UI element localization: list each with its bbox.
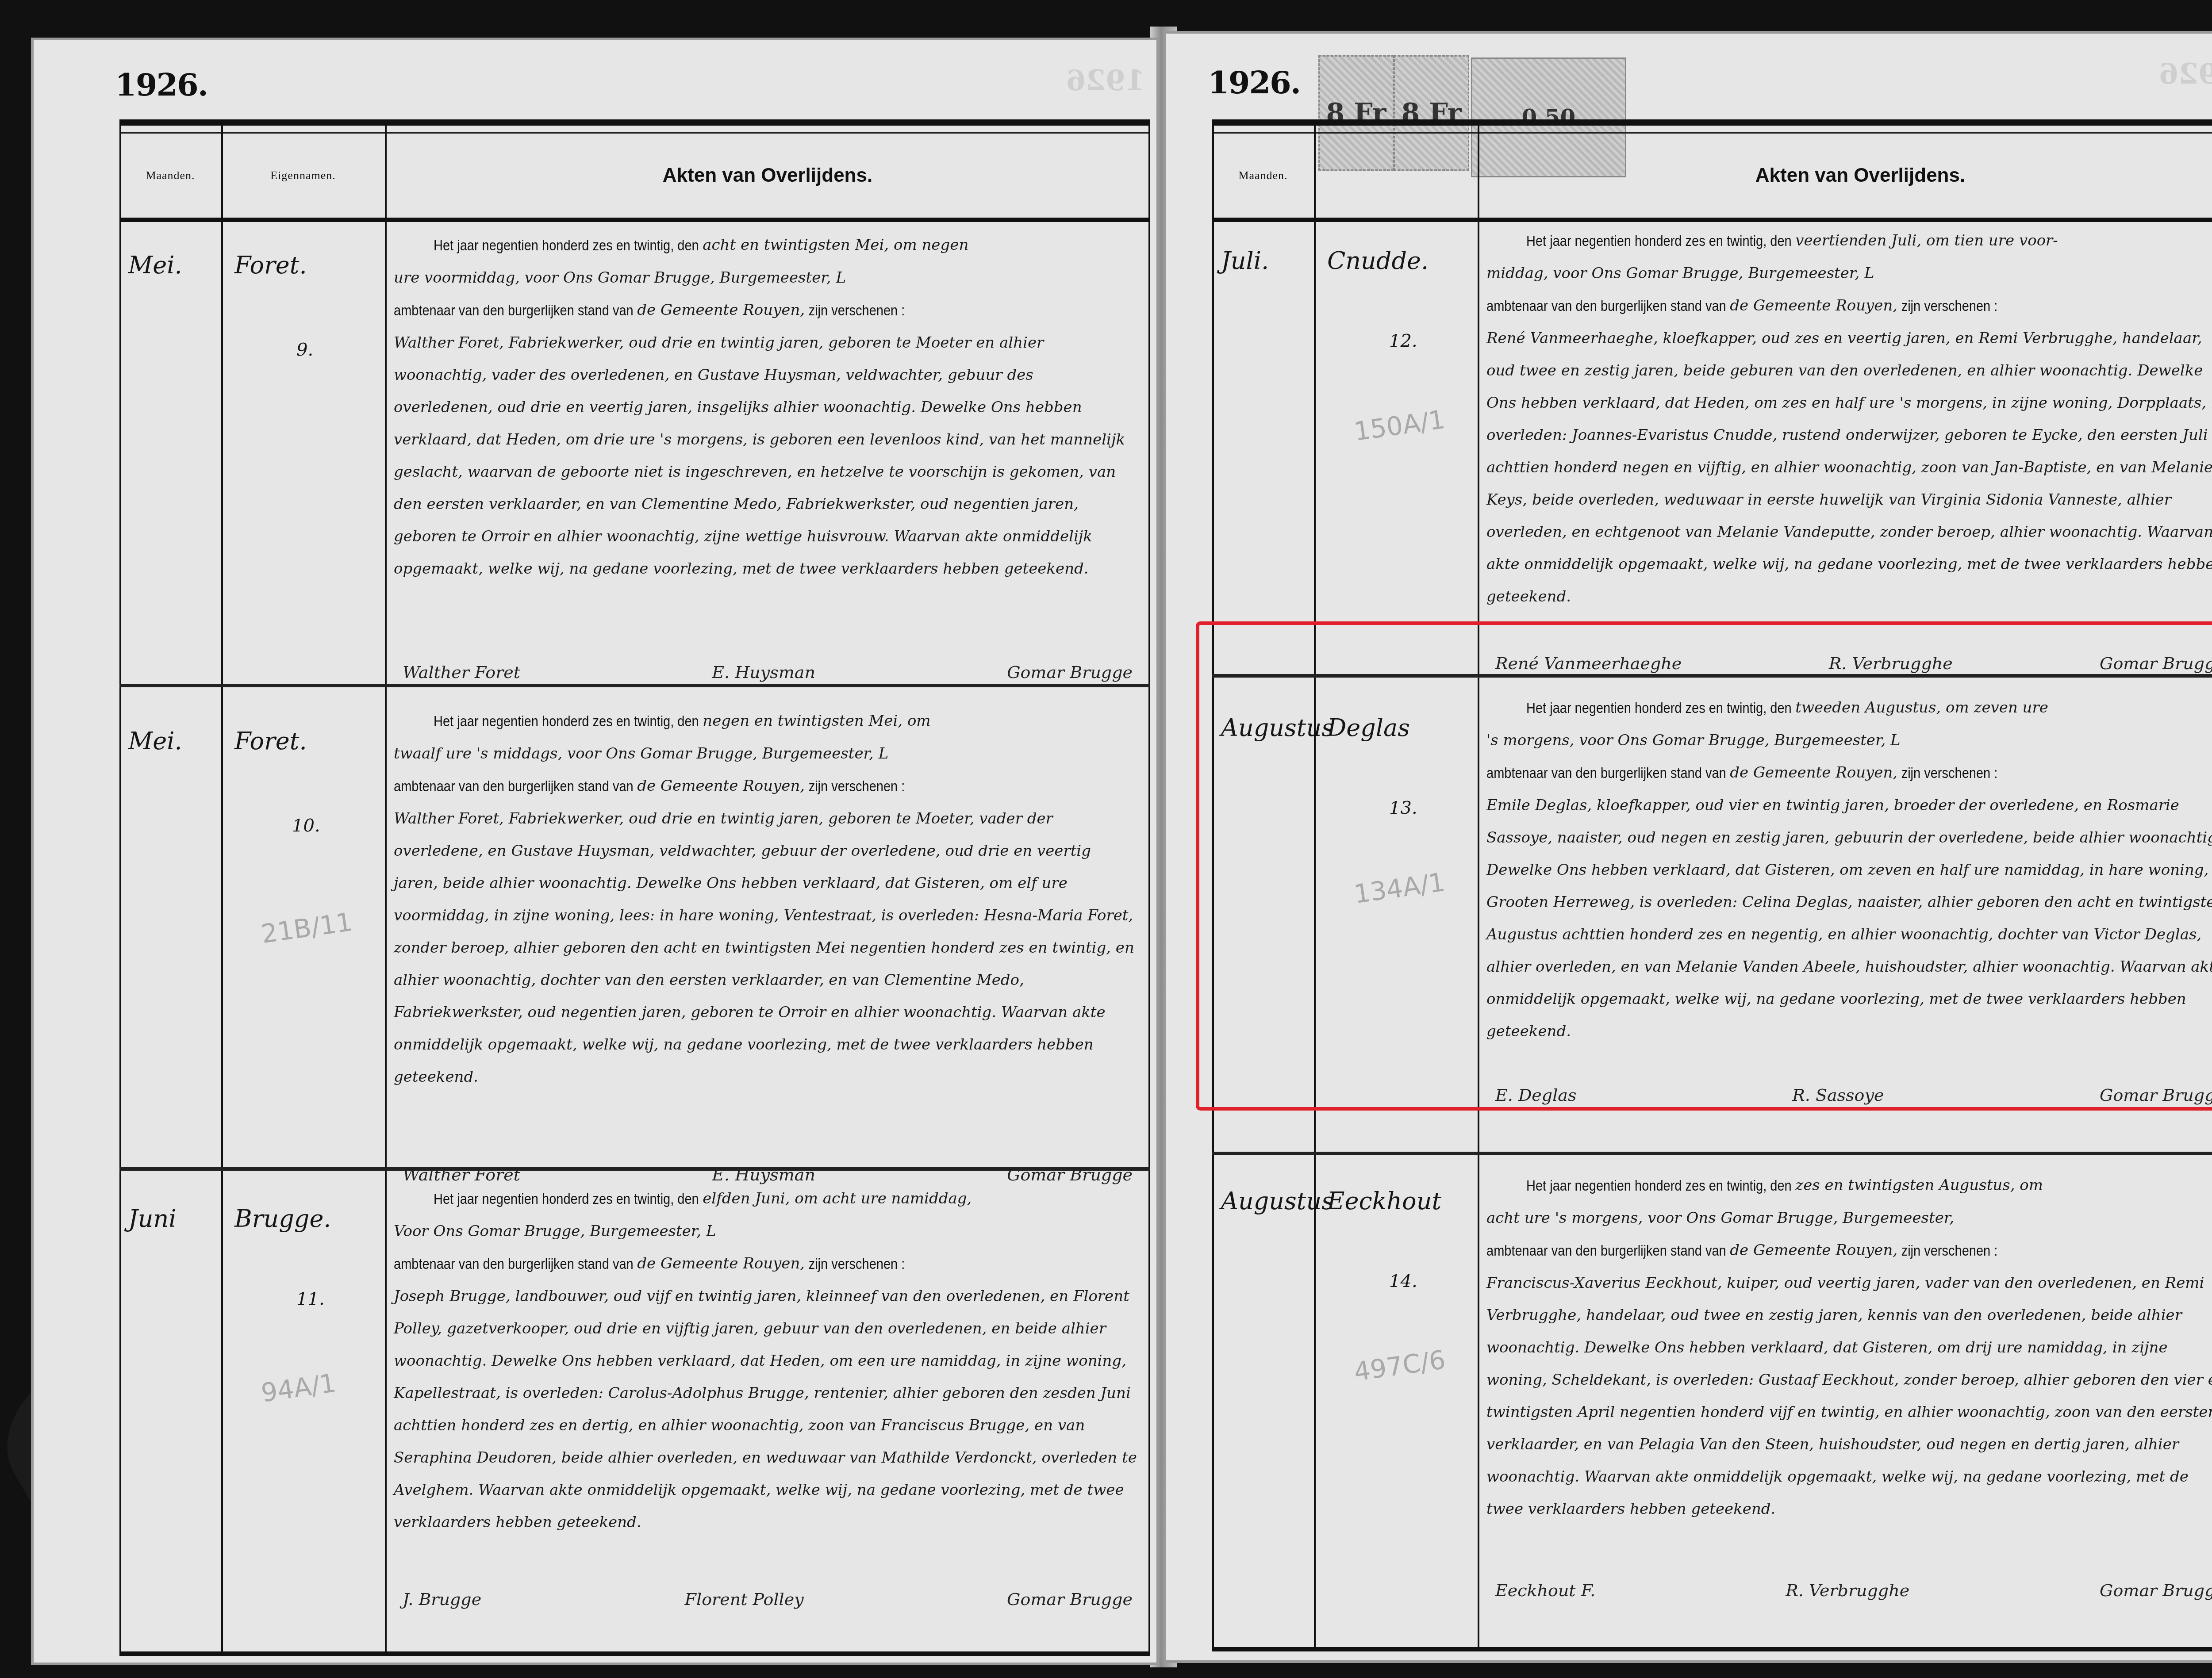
record-surname: Eeckhout (1327, 1187, 1441, 1215)
signature-mayor: Gomar Brugge (2100, 1581, 2212, 1600)
record-date: veertienden Juli, om tien ure voor- (1795, 232, 2058, 249)
record-municipality: de Gemeente Rouyen, (637, 1255, 805, 1272)
printed-officer: ambtenaar van den burgerlijken stand van (1486, 1233, 1726, 1270)
table-header: Maanden. Eigennamen. Akten van Overlijde… (119, 132, 1150, 222)
record-surname: Foret. (234, 251, 307, 279)
printed-officer: ambtenaar van den burgerlijken stand van (394, 293, 634, 329)
printed-officer: ambtenaar van den burgerlijken stand van (394, 1246, 634, 1283)
left-page: 1926. 1926 Maanden. Eigennamen. Akten va… (31, 38, 1159, 1665)
printed-intro: Het jaar negentien honderd zes en twinti… (1526, 223, 1792, 260)
record-officer: Voor Ons Gomar Brugge, Burgemeester, L (394, 1222, 716, 1240)
signature-declarant-1: Eeckhout F. (1495, 1581, 1595, 1600)
printed-appeared: zijn verschenen : (809, 1246, 905, 1283)
printed-intro: Het jaar negentien honderd zes en twinti… (434, 1181, 699, 1218)
record-text: Het jaar negentien honderd zes en twinti… (394, 705, 1137, 1093)
record-signatures: Eeckhout F. R. Verbrugghe Gomar Brugge (1495, 1581, 2212, 1600)
record-body: Joseph Brugge, landbouwer, oud vijf en t… (394, 1287, 1137, 1531)
printed-appeared: zijn verschenen : (1901, 288, 1998, 325)
record-body: Walther Foret, Fabriekwerker, oud drie e… (394, 334, 1125, 578)
record-surname: Brugge. (234, 1205, 331, 1233)
death-record-9: Mei. Foret. 9. Het jaar negentien honder… (119, 220, 1150, 716)
signature-mayor: Gomar Brugge (1007, 663, 1133, 682)
record-municipality: de Gemeente Rouyen, (637, 777, 805, 795)
margin-annotation: 150A/1 (1352, 404, 1447, 447)
table-header: Maanden. Akten van Overlijdens. (1212, 132, 2212, 222)
printed-intro: Het jaar negentien honderd zes en twinti… (434, 704, 699, 740)
record-text: Het jaar negentien honderd zes en twinti… (1486, 1169, 2212, 1525)
signature-declarant-2: E. Huysman (712, 663, 815, 682)
record-date: elfden Juni, om acht ure namiddag, (703, 1190, 972, 1207)
record-municipality: de Gemeente Rouyen, (1730, 1241, 1897, 1259)
record-month: Augustus (1221, 1187, 1334, 1215)
printed-appeared: zijn verschenen : (809, 769, 905, 805)
bleed-through-year: 1926 (1066, 64, 1145, 97)
printed-officer: ambtenaar van den burgerlijken stand van (1486, 288, 1726, 325)
record-act-number: 11. (296, 1289, 325, 1309)
record-signatures: Walther Foret E. Huysman Gomar Brugge (403, 663, 1133, 682)
signature-declarant-1: Walther Foret (403, 663, 520, 682)
death-record-10: Mei. Foret. 10. 21B/11 Het jaar negentie… (119, 696, 1150, 1183)
printed-appeared: zijn verschenen : (809, 293, 905, 329)
record-separator (119, 1167, 1150, 1171)
record-surname: Foret. (234, 727, 307, 755)
page-year: 1926. (1208, 64, 1300, 101)
record-act-number: 10. (292, 816, 320, 836)
record-municipality: de Gemeente Rouyen, (1730, 297, 1897, 314)
signature-mayor: Gomar Brugge (1007, 1590, 1133, 1609)
page-year: 1926. (115, 66, 207, 103)
record-separator (119, 684, 1150, 687)
record-month: Mei. (128, 251, 182, 279)
record-date: zes en twintigsten Augustus, om (1795, 1176, 2043, 1194)
record-text: Het jaar negentien honderd zes en twinti… (1486, 225, 2212, 613)
header-acts: Akten van Overlijdens. (385, 134, 1150, 218)
death-record-11: Juni Brugge. 11. 94A/1 Het jaar negentie… (119, 1178, 1150, 1647)
signature-declarant-2: Florent Polley (685, 1590, 804, 1609)
record-body: Walther Foret, Fabriekwerker, oud drie e… (394, 810, 1134, 1086)
record-surname: Cnudde. (1327, 247, 1429, 275)
header-months: Maanden. (119, 134, 221, 218)
signature-declarant-1: J. Brugge (403, 1590, 481, 1609)
record-act-number: 12. (1389, 331, 1417, 351)
header-acts: Akten van Overlijdens. (1478, 134, 2212, 218)
register-table-left: Maanden. Eigennamen. Akten van Overlijde… (119, 119, 1150, 1656)
record-municipality: de Gemeente Rouyen, (637, 301, 805, 319)
highlight-box-record-13 (1196, 621, 2212, 1111)
header-names: Eigennamen. (221, 134, 385, 218)
bleed-through-year: 1926 (2159, 57, 2212, 91)
record-separator (1212, 1152, 2212, 1155)
record-text: Het jaar negentien honderd zes en twinti… (394, 1183, 1137, 1539)
record-date: acht en twintigsten Mei, om negen (703, 236, 968, 254)
death-record-14: Augustus Eeckhout 14. 497C/6 Het jaar ne… (1212, 1165, 2212, 1643)
printed-intro: Het jaar negentien honderd zes en twinti… (434, 228, 699, 264)
record-body: René Vanmeerhaeghe, kloefkapper, oud zes… (1486, 329, 2212, 605)
record-body: Franciscus-Xaverius Eeckhout, kuiper, ou… (1486, 1274, 2212, 1518)
margin-annotation: 497C/6 (1352, 1345, 1447, 1387)
record-signatures: J. Brugge Florent Polley Gomar Brugge (403, 1590, 1133, 1609)
signature-declarant-2: R. Verbrugghe (1786, 1581, 1909, 1600)
printed-officer: ambtenaar van den burgerlijken stand van (394, 769, 634, 805)
record-act-number: 9. (296, 340, 313, 360)
record-act-number: 14. (1389, 1271, 1417, 1291)
printed-intro: Het jaar negentien honderd zes en twinti… (1526, 1168, 1792, 1205)
header-months: Maanden. (1212, 134, 1314, 218)
record-officer: acht ure 's morgens, voor Ons Gomar Brug… (1486, 1209, 1954, 1227)
record-officer: ure voormiddag, voor Ons Gomar Brugge, B… (394, 269, 846, 287)
margin-annotation: 94A/1 (259, 1368, 338, 1408)
record-month: Mei. (128, 727, 182, 755)
record-officer: middag, voor Ons Gomar Brugge, Burgemees… (1486, 264, 1874, 282)
printed-appeared: zijn verschenen : (1901, 1233, 1998, 1270)
record-month: Juni (128, 1205, 176, 1233)
record-text: Het jaar negentien honderd zes en twinti… (394, 229, 1137, 585)
record-month: Juli. (1221, 247, 1269, 275)
margin-annotation: 21B/11 (259, 907, 354, 949)
record-officer: twaalf ure 's middags, voor Ons Gomar Br… (394, 745, 888, 762)
record-date: negen en twintigsten Mei, om (703, 712, 930, 730)
